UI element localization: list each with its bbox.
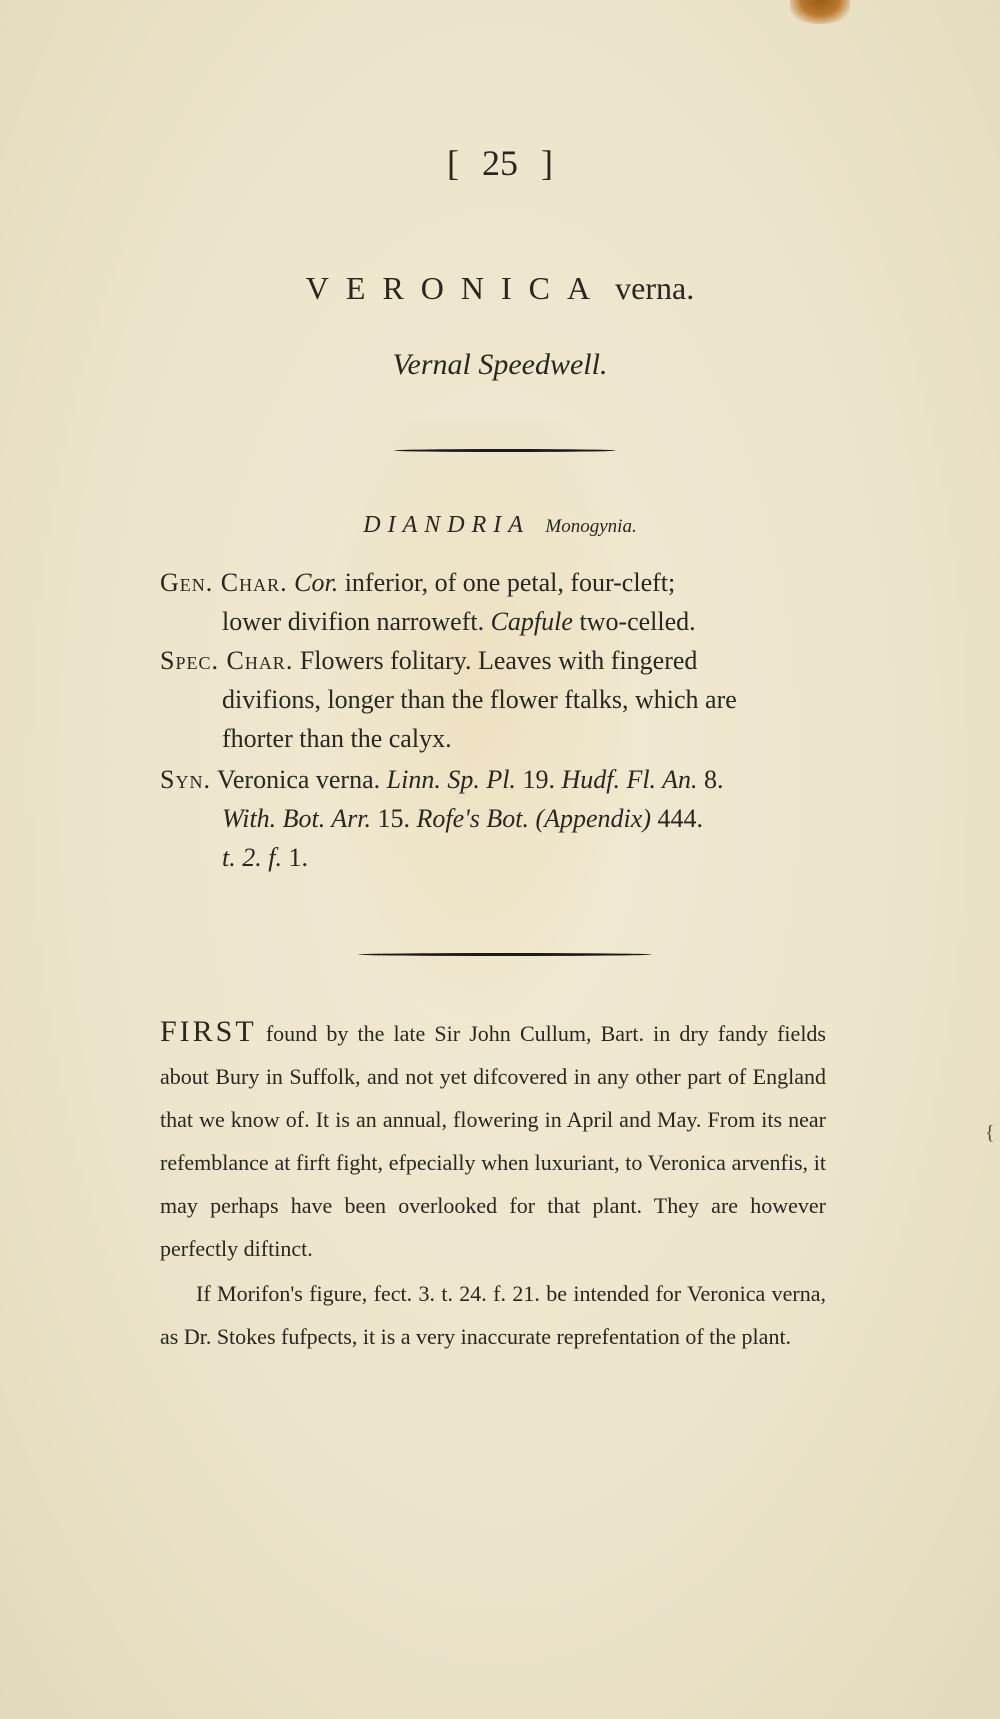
gen-char-text-2: lower divifion narroweft. [222, 607, 491, 636]
opening-word: FIRST [160, 1015, 257, 1048]
syn-label: Syn. [160, 765, 211, 794]
book-page: [ 25 ] VERONICA verna. Vernal Speedwell.… [0, 0, 1000, 1719]
syn-num: 444. [651, 804, 703, 833]
species-epithet: verna. [615, 270, 694, 306]
common-name: Vernal Speedwell. [0, 348, 1000, 382]
class-name: DIANDRIA [363, 512, 530, 538]
gen-char-term: Cor. [294, 568, 338, 597]
linnaean-classification: DIANDRIA Monogynia. [0, 512, 1000, 539]
description-text: FIRST found by the late Sir John Cullum,… [160, 1010, 826, 1358]
syn-num: 15. [371, 804, 417, 833]
species-title: VERONICA verna. [0, 270, 1000, 307]
gen-char-label: Gen. Char. [160, 568, 288, 597]
ink-stain [790, 0, 850, 24]
syn-ref-hudson: Hudf. Fl. An. [561, 765, 697, 794]
gen-char-text: inferior, of one petal, four-cleft; [338, 568, 675, 597]
margin-mark: { [985, 1122, 995, 1145]
syn-ref-withering: With. Bot. Arr. [222, 804, 371, 833]
specific-character: Spec. Char. Flowers folitary. Leaves wit… [160, 641, 830, 758]
spec-char-line-3: fhorter than the calyx. [160, 719, 830, 758]
genus-name: VERONICA [306, 270, 607, 306]
syn-text: Veronica verna. [211, 765, 387, 794]
spec-char-line-2: divifions, longer than the flower ftalks… [160, 680, 830, 719]
spec-char-label: Spec. Char. [160, 646, 293, 675]
syn-num: 8. [697, 765, 723, 794]
synonyms: Syn. Veronica verna. Linn. Sp. Pl. 19. H… [160, 760, 830, 877]
syn-ref-plate: t. 2. f. [222, 843, 282, 872]
paragraph-1: FIRST found by the late Sir John Cullum,… [160, 1010, 826, 1270]
order-name: Monogynia. [545, 516, 636, 537]
syn-ref-rose: Rofe's Bot. (Appendix) [417, 804, 651, 833]
gen-char-line-2: lower divifion narroweft. Capfule two-ce… [160, 602, 830, 641]
paragraph-2: If Morifon's figure, fect. 3. t. 24. f. … [160, 1272, 826, 1358]
gen-char-text-3: two-celled. [573, 607, 696, 636]
gen-char-term-2: Capfule [491, 607, 573, 636]
divider-rule [394, 449, 616, 452]
generic-character: Gen. Char. Cor. inferior, of one petal, … [160, 563, 830, 641]
page-number: [ 25 ] [0, 142, 1000, 184]
syn-line-2: With. Bot. Arr. 15. Rofe's Bot. (Appendi… [160, 799, 830, 838]
syn-ref-linnaeus: Linn. Sp. Pl. [387, 765, 516, 794]
syn-line-3: t. 2. f. 1. [160, 838, 830, 877]
divider-rule [358, 953, 652, 956]
syn-num: 1. [282, 843, 308, 872]
syn-num: 19. [516, 765, 562, 794]
spec-char-text: Flowers folitary. Leaves with fingered [293, 646, 697, 675]
paragraph-1-text: found by the late Sir John Cullum, Bart.… [160, 1021, 826, 1261]
